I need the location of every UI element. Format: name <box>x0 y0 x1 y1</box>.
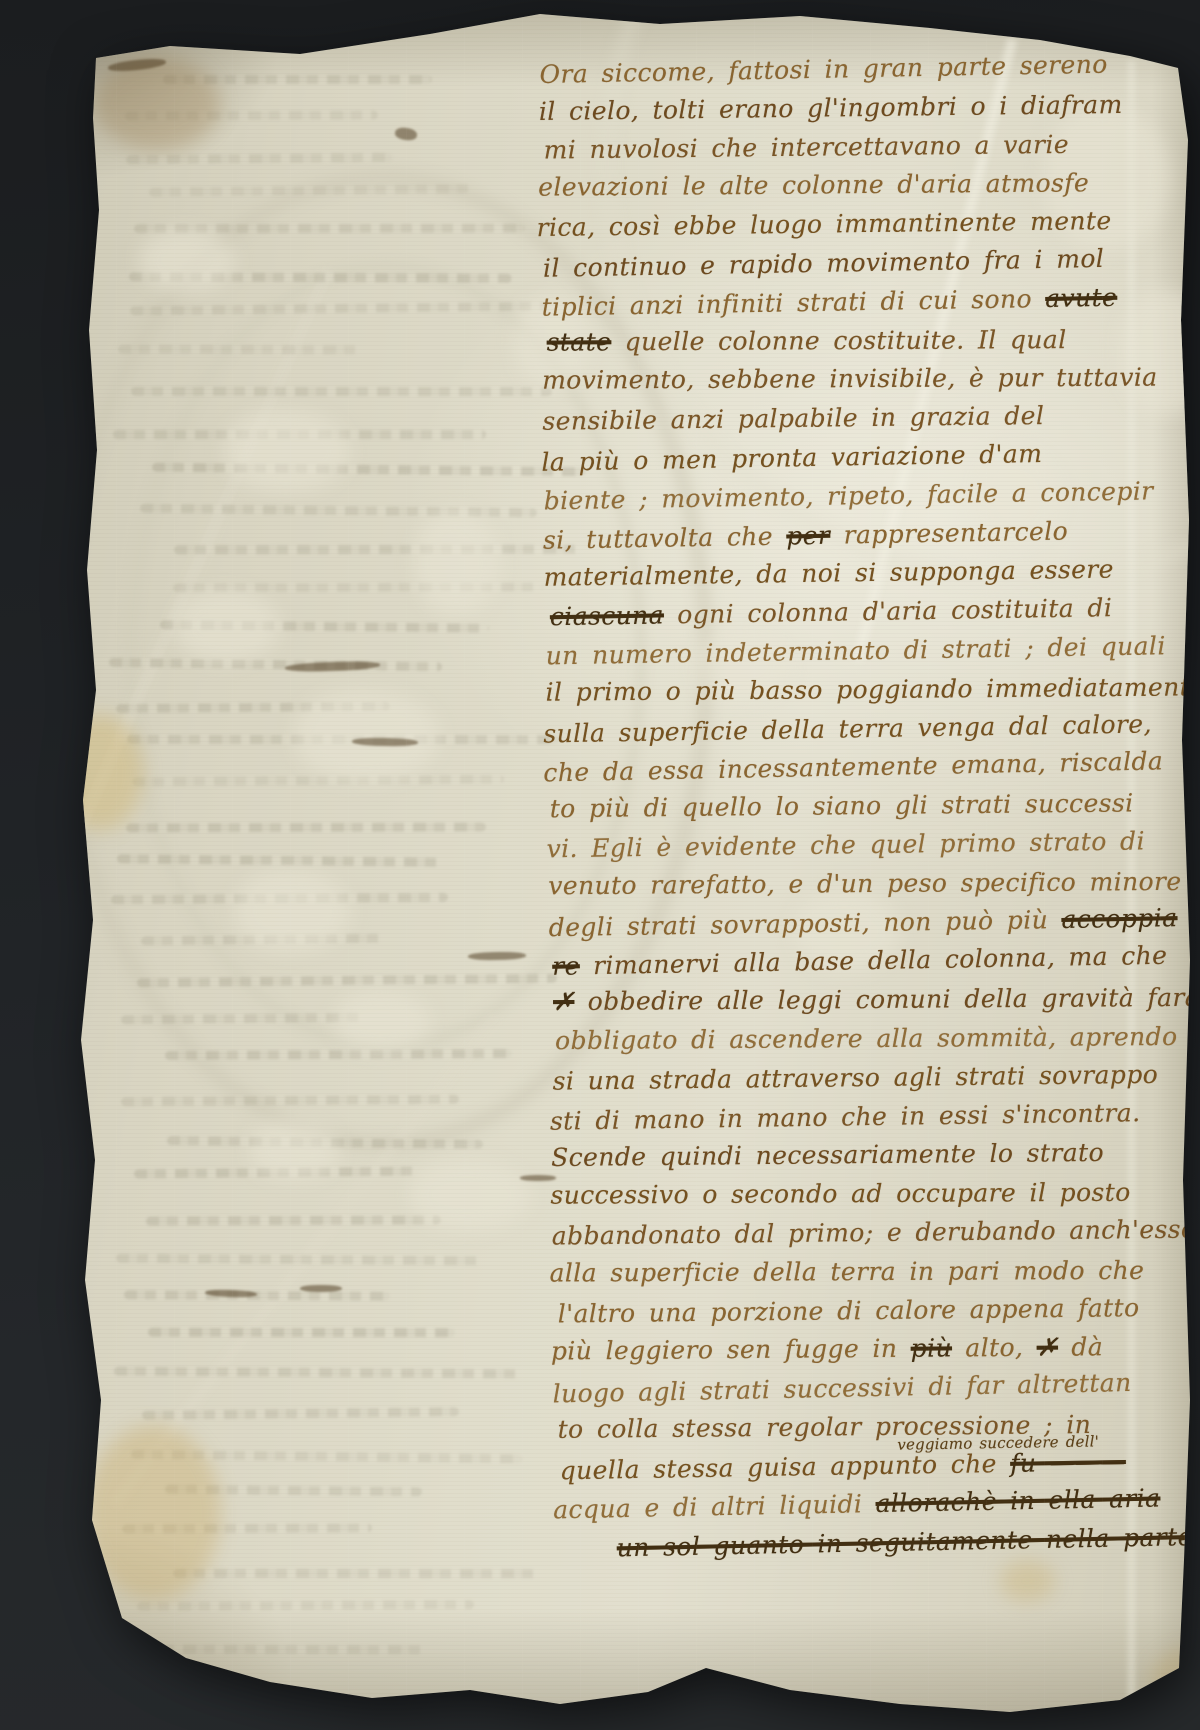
handwritten-text: si, tuttavolta che <box>543 521 787 554</box>
handwritten-text: acqua e di altri liquidi <box>553 1490 876 1525</box>
paper-stain <box>95 58 220 150</box>
bleedthrough-text-line <box>131 387 552 396</box>
handwritten-text: obbligato di ascendere alla sommità, apr… <box>555 1022 1178 1055</box>
handwritten-text: abbandonato dal primo; e derubando anch'… <box>552 1214 1197 1250</box>
manuscript-line: ✗ obbedire alle leggi comuni della gravi… <box>553 983 1200 1026</box>
watermark-ornament-blob <box>415 510 500 615</box>
bleedthrough-text-line <box>126 152 393 164</box>
bleedthrough-text-line <box>148 1328 455 1337</box>
handwritten-text: Scende quindi necessariamente lo strato <box>551 1138 1104 1172</box>
paper-stain <box>86 1425 221 1600</box>
interlinear-insertion: veggiamo succedere dell' <box>897 1432 1099 1453</box>
manuscript-line: state quelle colonne costituite. Il qual <box>547 324 1197 366</box>
bleedthrough-text-line <box>116 1254 480 1266</box>
bleedthrough-text-line <box>121 1013 367 1025</box>
manuscript-line: il cielo, tolti erano gl'ingombri o i di… <box>539 89 1189 136</box>
handwritten-text: successivo o secondo ad occupare il post… <box>550 1178 1130 1210</box>
manuscript-line: Scende quindi necessariamente lo strato <box>551 1137 1200 1182</box>
struck-text: ✗ <box>553 987 575 1016</box>
handwritten-text: ogni colonna d'aria costituita di <box>664 593 1113 629</box>
bleedthrough-text-line <box>173 1568 536 1577</box>
bleedthrough-text-line <box>140 504 538 518</box>
watermark-ornament-blob <box>410 1160 530 1230</box>
handwritten-text: Ora siccome, fattosi in gran parte seren… <box>539 50 1108 89</box>
struck-text: accoppia <box>1061 903 1178 934</box>
manuscript-line: l'altro una porzione di calore appena fa… <box>558 1292 1200 1338</box>
struck-text: avute <box>1045 282 1117 312</box>
watermark-ornament-blob <box>140 230 235 292</box>
scan-background: Ora siccome, fattosi in gran parte seren… <box>0 0 1200 1730</box>
bleedthrough-text-line <box>174 545 580 555</box>
bleedthrough-text-line <box>130 301 546 315</box>
bleedthrough-ink-smudge <box>468 951 526 960</box>
handwritten-text: degli strati sovrapposti, non può più <box>549 905 1062 942</box>
bleedthrough-text-line <box>121 1095 459 1107</box>
paper-stain <box>58 715 143 830</box>
manuscript-line: alla superficie della terra in pari modo… <box>550 1255 1200 1297</box>
bleedthrough-text-line <box>149 184 470 197</box>
struck-text: re <box>552 952 580 981</box>
manuscript-line: obbligato di ascendere alla sommità, apr… <box>555 1022 1200 1065</box>
watermark-ornament-blob <box>235 870 350 952</box>
bleedthrough-text-line <box>142 1407 459 1420</box>
handwritten-text: alto, <box>952 1333 1037 1363</box>
watermark-ornament-blob <box>175 590 280 662</box>
bleedthrough-text-line <box>142 1644 425 1654</box>
bleedthrough-text-line <box>146 1216 441 1226</box>
handwritten-text: dà <box>1058 1333 1103 1362</box>
manuscript-line: movimento, sebbene invisibile, è pur tut… <box>542 363 1192 405</box>
bleedthrough-ink-smudge <box>300 1285 342 1292</box>
bleedthrough-text-line <box>118 345 364 355</box>
bleedthrough-text-line <box>152 462 585 476</box>
manuscript-line: abbandonato dal primo; e derubando anch'… <box>552 1214 1200 1260</box>
struck-text: per <box>786 520 830 550</box>
bleedthrough-ink-smudge <box>394 127 417 142</box>
manuscript-page: Ora siccome, fattosi in gran parte seren… <box>0 0 1200 1730</box>
struck-text: più <box>911 1334 953 1363</box>
handwritten-text: il cielo, tolti erano gl'ingombri o i di… <box>539 90 1123 126</box>
paper-stain <box>1150 1648 1200 1710</box>
bleedthrough-text-line <box>114 1366 519 1378</box>
handwritten-text-block: Ora siccome, fattosi in gran parte seren… <box>539 50 1200 1571</box>
handwritten-text: il primo o più basso poggiando immediata… <box>545 672 1200 706</box>
struck-text: ✗ <box>1037 1333 1059 1362</box>
struck-text: allorachè in ella aria <box>875 1484 1160 1519</box>
bleedthrough-text-line <box>109 658 442 672</box>
bleedthrough-text-line <box>137 1600 474 1611</box>
handwritten-text: quella stessa guisa appunto che <box>559 1449 1010 1485</box>
handwritten-text: si una strada attraverso agli strati sov… <box>553 1060 1159 1096</box>
watermark-ornament-blob <box>335 990 430 1052</box>
watermark-ornament-blob <box>295 690 440 782</box>
handwritten-text: movimento, sebbene invisibile, è pur tut… <box>542 363 1158 395</box>
bleedthrough-text-line <box>117 855 441 868</box>
manuscript-line: venuto rarefatto, e d'un peso specifico … <box>548 866 1198 909</box>
handwritten-text: elevazioni le alte colonne d'aria atmosf… <box>538 169 1089 202</box>
handwritten-text: più leggiero sen fugge in <box>551 1334 911 1366</box>
bleedthrough-text-line <box>124 1290 390 1301</box>
handwritten-text: mi nuvolosi che intercettavano a varie <box>544 129 1070 164</box>
manuscript-line: elevazioni le alte colonne d'aria atmosf… <box>538 168 1188 212</box>
struck-text: ciascuna <box>550 601 665 632</box>
handwritten-text: obbedire alle leggi comuni della gravità… <box>574 983 1200 1016</box>
watermark-ornament-blob <box>225 410 350 492</box>
bleedthrough-text-line <box>132 775 504 787</box>
handwritten-text: to più di quello lo siano gli strati suc… <box>550 789 1134 824</box>
handwritten-text: venuto rarefatto, e d'un peso specifico … <box>548 867 1181 900</box>
manuscript-line: successivo o secondo ad occupare il post… <box>550 1177 1200 1219</box>
handwritten-text: alla superficie della terra in pari modo… <box>550 1255 1145 1287</box>
paper-stain <box>1000 1560 1055 1602</box>
manuscript-line: mi nuvolosi che intercettavano a varie <box>544 128 1194 174</box>
handwritten-text: sensibile anzi palpabile in grazia del <box>542 401 1044 436</box>
handwritten-text: rappresentarcelo <box>830 516 1068 549</box>
handwritten-text: quelle colonne costituite. Il qual <box>611 325 1066 356</box>
watermark-ornament-blob <box>250 1120 340 1180</box>
handwritten-text: rica, così ebbe luogo immantinente mente <box>536 206 1111 242</box>
struck-text: state <box>547 327 612 356</box>
bleedthrough-text-line <box>126 822 486 832</box>
bleedthrough-text-line <box>137 974 557 988</box>
manuscript-line: vi. Egli è evidente che quel primo strat… <box>546 826 1196 873</box>
bleedthrough-text-line <box>165 1049 512 1060</box>
paper-shadow: Ora siccome, fattosi in gran parte seren… <box>0 0 1200 1730</box>
handwritten-text: l'altro una porzione di calore appena fa… <box>558 1293 1140 1328</box>
